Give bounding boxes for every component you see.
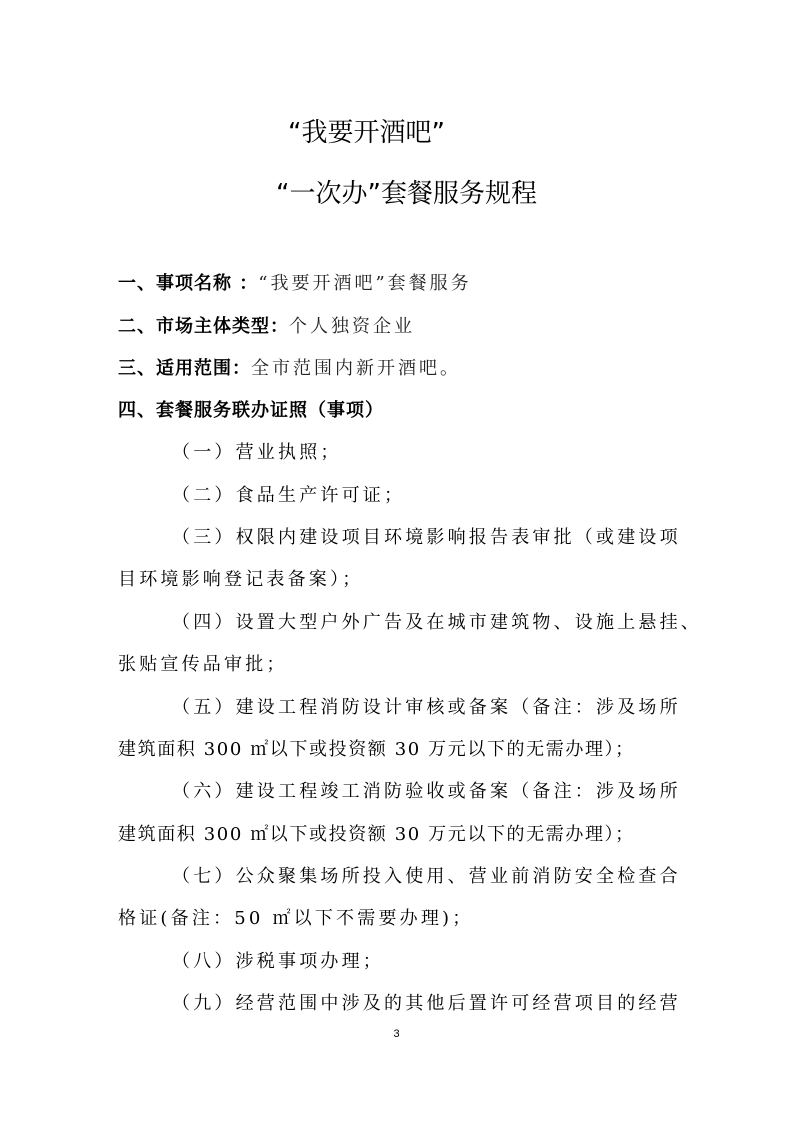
heading-label: 四、套餐服务联办证照（事项） [118, 400, 384, 421]
list-item-5: （五）建设工程消防设计审核或备案（备注：涉及场所 [172, 696, 732, 720]
list-item-1: （一）营业执照； [172, 441, 732, 465]
list-item-9: （九）经营范围中涉及的其他后置许可经营项目的经营 [172, 992, 732, 1016]
document-title-line-1: “我要开酒吧” [0, 112, 763, 149]
heading-label: 一、事项名称 ： [118, 273, 258, 294]
heading-value: 全市范围内新开酒吧。 [251, 358, 461, 379]
heading-entity-type: 二、市场主体类型：个人独资企业 [118, 315, 678, 339]
heading-label: 二、市场主体类型： [118, 316, 289, 337]
heading-item-name: 一、事项名称 ：“我要开酒吧”套餐服务 [118, 272, 678, 296]
heading-value: 个人独资企业 [289, 316, 415, 337]
heading-value: “我要开酒吧”套餐服务 [258, 273, 471, 294]
list-item-5-cont: 建筑面积 300 ㎡以下或投资额 30 万元以下的无需办理）； [118, 738, 678, 762]
heading-scope: 三、适用范围：全市范围内新开酒吧。 [118, 357, 678, 381]
heading-label: 三、适用范围： [118, 358, 251, 379]
list-item-8: （八）涉税事项办理； [172, 950, 732, 974]
list-item-2: （二）食品生产许可证； [172, 484, 732, 508]
list-item-4: （四）设置大型户外广告及在城市建筑物、设施上悬挂、 [172, 611, 732, 635]
list-item-3-cont: 目环境影响登记表备案）； [118, 568, 678, 592]
list-item-6-cont: 建筑面积 300 ㎡以下或投资额 30 万元以下的无需办理）； [118, 823, 678, 847]
document-title-line-2: “一次办”套餐服务规程 [10, 173, 793, 210]
page-number: 3 [0, 1028, 793, 1040]
list-item-3: （三）权限内建设项目环境影响报告表审批（或建设项 [172, 526, 732, 550]
list-item-6: （六）建设工程竣工消防验收或备案（备注：涉及场所 [172, 780, 732, 804]
list-item-7: （七）公众聚集场所投入使用、营业前消防安全检查合 [172, 865, 732, 889]
list-item-7-cont: 格证(备注：50 ㎡以下不需要办理)； [118, 907, 678, 931]
list-item-4-cont: 张贴宣传品审批； [118, 653, 678, 677]
heading-licenses: 四、套餐服务联办证照（事项） [118, 399, 678, 423]
